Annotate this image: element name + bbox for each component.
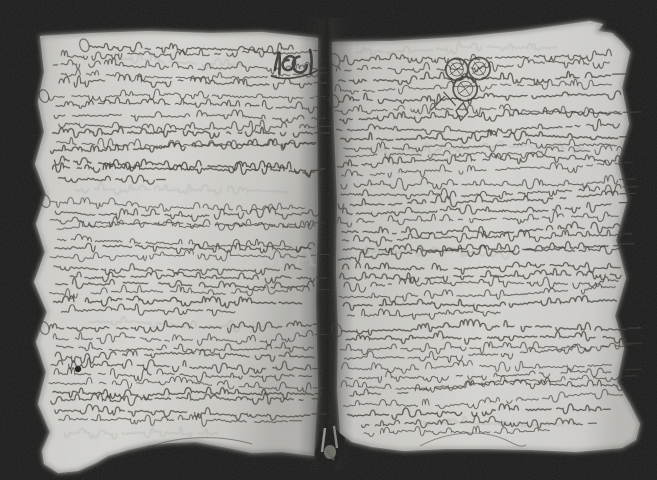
manuscript-scan-viewport: VMA [0,0,657,480]
manuscript-scan: VMA [0,0,657,480]
film-grain-overlay [0,0,657,480]
